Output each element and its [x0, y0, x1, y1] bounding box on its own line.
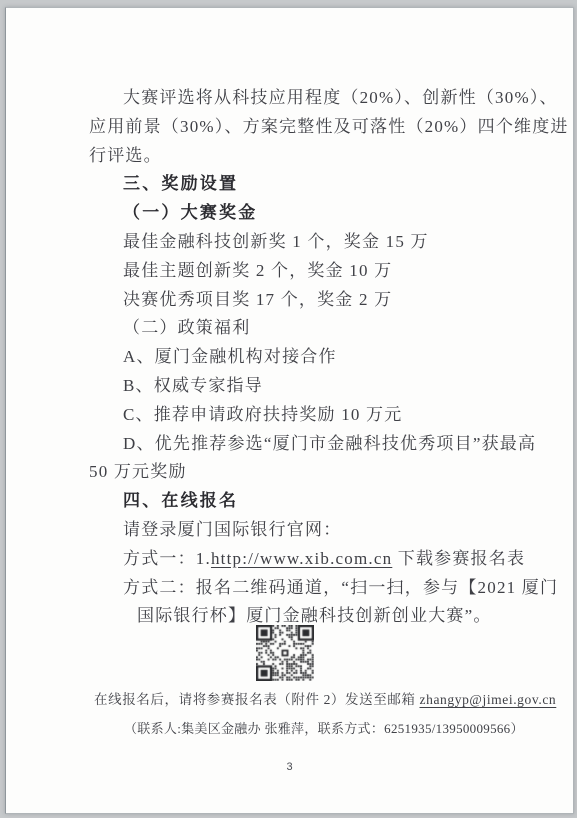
- subsection-heading-policy: （二）政策福利: [89, 314, 513, 343]
- document-page: 大赛评选将从科技应用程度（20%）、创新性（30%）、 应用前景（30%）、方案…: [5, 7, 574, 814]
- subsection-heading-prize: （一）大赛奖金: [89, 199, 513, 228]
- method-one-suffix: 下载参赛报名表: [392, 549, 525, 568]
- paragraph-line: 应用前景（30%）、方案完整性及可落性（20%）四个维度进: [89, 113, 513, 142]
- qr-code-image: [256, 625, 314, 681]
- method-one-prefix: 方式一：1.: [123, 549, 211, 568]
- submission-note: 在线报名后，请将参赛报名表（附件 2）发送至邮箱 zhangyp@jimei.g…: [94, 692, 514, 708]
- prize-item: 最佳金融科技创新奖 1 个，奖金 15 万: [89, 228, 513, 257]
- section-heading-registration: 四、在线报名: [89, 487, 513, 516]
- paragraph-line: 大赛评选将从科技应用程度（20%）、创新性（30%）、: [89, 84, 513, 113]
- contact-info: （联系人:集美区金融办 张雅萍，联系方式：6251935/13950009566…: [124, 721, 524, 737]
- policy-item: C、推荐申请政府扶持奖励 10 万元: [89, 401, 513, 430]
- policy-item: A、厦门金融机构对接合作: [89, 343, 513, 372]
- policy-item-continuation: 50 万元奖励: [89, 458, 513, 487]
- prize-item: 最佳主题创新奖 2 个，奖金 10 万: [89, 257, 513, 286]
- page-number: 3: [6, 761, 573, 773]
- registration-method-two: 方式二：报名二维码通道，“扫一扫，参与【2021 厦门: [89, 574, 513, 603]
- email-address: zhangyp@jimei.gov.cn: [420, 692, 557, 707]
- website-url: http://www.xib.com.cn: [211, 549, 392, 568]
- registration-intro: 请登录厦门国际银行官网：: [89, 516, 513, 545]
- submission-note-text: 在线报名后，请将参赛报名表（附件 2）发送至邮箱: [94, 692, 420, 707]
- document-body: 大赛评选将从科技应用程度（20%）、创新性（30%）、 应用前景（30%）、方案…: [89, 84, 513, 631]
- policy-item: B、权威专家指导: [89, 372, 513, 401]
- registration-method-one: 方式一：1.http://www.xib.com.cn 下载参赛报名表: [89, 545, 513, 574]
- policy-item: D、优先推荐参选“厦门市金融科技优秀项目”获最高: [89, 430, 513, 459]
- paragraph-line: 行评选。: [89, 142, 513, 171]
- section-heading-awards: 三、奖励设置: [89, 170, 513, 199]
- prize-item: 决赛优秀项目奖 17 个，奖金 2 万: [89, 286, 513, 315]
